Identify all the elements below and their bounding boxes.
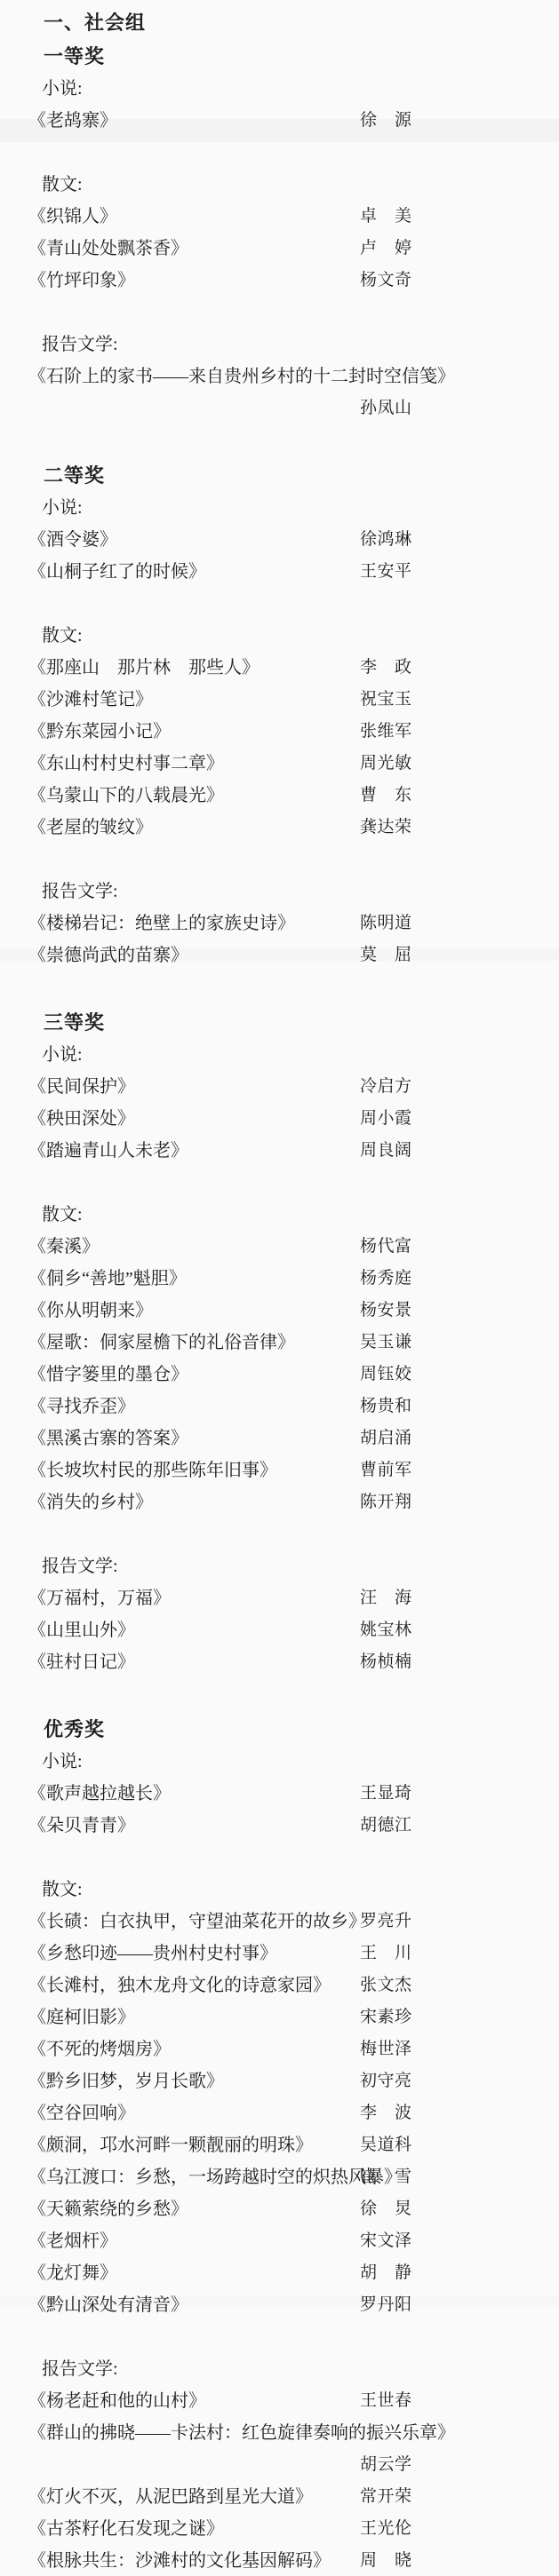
entry-row: 《竹坪印象》杨文奇	[0, 265, 559, 297]
entry-author: 陈明道	[360, 908, 412, 939]
entry-title: 《消失的乡村》	[0, 1493, 153, 1512]
entry-author: 宋素珍	[360, 2001, 412, 2033]
genre-label: 散文:	[0, 620, 559, 652]
entry-author: 卓 美	[360, 201, 412, 233]
genre-group: 报告文学:《万福村，万福》汪 海《山里山外》姚宝林《驻村日记》杨桢楠	[0, 1550, 559, 1678]
entry-row: 《庭柯旧影》宋素珍	[0, 2001, 559, 2033]
entry-row: 《空谷回响》李 波	[0, 2097, 559, 2129]
entry-author: 王 川	[360, 1938, 412, 1970]
entry-author: 杨代富	[360, 1231, 412, 1263]
entry-row: 《山里山外》姚宝林	[0, 1614, 559, 1646]
entry-row: 《山桐子红了的时候》王安平	[0, 556, 559, 588]
award-section: 二等奖小说:《酒令婆》徐鸿琳《山桐子红了的时候》王安平散文:《那座山 那片林 那…	[0, 460, 559, 971]
entry-title: 《庭柯旧影》	[0, 2008, 135, 2027]
genre-label: 小说:	[0, 1746, 559, 1778]
entry-author: 王光伦	[360, 2513, 412, 2545]
entry-title: 《长碛：白衣执甲，守望油菜花开的故乡》	[0, 1912, 366, 1931]
entry-title: 《颇洞，邛水河畔一颗靓丽的明珠》	[0, 2136, 313, 2155]
entry-title: 《乌蒙山下的八载晨光》	[0, 786, 224, 805]
entry-author: 胡德江	[360, 1810, 412, 1842]
genre-label: 散文:	[0, 1874, 559, 1906]
entry-title: 《屋歌：侗家屋檐下的礼俗音律》	[0, 1333, 295, 1352]
genre-label: 报告文学:	[0, 2353, 559, 2385]
entry-row: 《秦溪》杨代富	[0, 1231, 559, 1263]
entry-row: 《你从明朝来》杨安景	[0, 1295, 559, 1327]
entry-title: 《黔山深处有清音》	[0, 2295, 188, 2315]
entry-author: 杨文奇	[360, 265, 412, 297]
genre-label: 小说:	[0, 73, 559, 105]
entry-row: 《乌蒙山下的八载晨光》曹 东	[0, 780, 559, 812]
entry-title: 《寻找乔歪》	[0, 1397, 135, 1416]
award-heading: 三等奖	[0, 1007, 559, 1039]
entry-author: 徐 源	[360, 105, 412, 137]
entry-row: 《长滩村，独木龙舟文化的诗意家园》张文杰	[0, 1970, 559, 2001]
entry-author: 孙凤山	[360, 392, 412, 424]
entry-title: 《长滩村，独木龙舟文化的诗意家园》	[0, 1976, 331, 1995]
entry-row: 《东山村村史村事二章》周光敏	[0, 748, 559, 780]
entry-author: 常开荣	[360, 2481, 412, 2513]
entry-author: 卢 婷	[360, 233, 412, 265]
genre-group: 报告文学:《石阶上的家书——来自贵州乡村的十二封时空信笺》孙凤山	[0, 329, 559, 424]
entry-row: 《驻村日记》杨桢楠	[0, 1646, 559, 1678]
award-heading: 一等奖	[0, 41, 559, 73]
genre-group: 小说:《歌声越拉越长》王显琦《朵贝青青》胡德江	[0, 1746, 559, 1842]
entry-row: 《黔乡旧梦，岁月长歌》初守亮	[0, 2065, 559, 2097]
entry-author: 王显琦	[360, 1778, 412, 1810]
entry-author: 姚宝林	[360, 1614, 412, 1646]
entry-title: 《民间保护》	[0, 1077, 135, 1097]
entry-row: 《杨老赶和他的山村》王世春	[0, 2385, 559, 2417]
entry-title: 《那座山 那片林 那些人》	[0, 658, 260, 678]
entry-title: 《山桐子红了的时候》	[0, 562, 206, 582]
entry-author: 杨秀庭	[360, 1263, 412, 1295]
entry-row: 《万福村，万福》汪 海	[0, 1582, 559, 1614]
entry-title: 《石阶上的家书——来自贵州乡村的十二封时空信笺》	[0, 367, 455, 386]
entry-title: 《空谷回响》	[0, 2104, 135, 2123]
entry-title: 《黔东菜园小记》	[0, 722, 171, 741]
entry-title: 《驻村日记》	[0, 1653, 135, 1672]
entry-row: 《天籁萦绕的乡愁》徐 炅	[0, 2193, 559, 2225]
entry-author: 初守亮	[360, 2065, 412, 2097]
genre-group: 小说:《老鸪寨》徐 源	[0, 73, 559, 137]
entry-title: 《根脉共生：沙滩村的文化基因解码》	[0, 2551, 331, 2571]
entry-author: 杨贵和	[360, 1391, 412, 1423]
entry-author: 曹前军	[360, 1454, 412, 1486]
entry-author: 李 政	[360, 652, 412, 684]
genre-group: 报告文学:《楼梯岩记：绝壁上的家族史诗》陈明道《崇德尚武的苗寨》莫 屈	[0, 876, 559, 971]
entry-author: 杨桢楠	[360, 1646, 412, 1678]
entry-title: 《龙灯舞》	[0, 2263, 117, 2283]
entry-author-row: 胡云学	[0, 2449, 559, 2481]
entry-author: 祝宝玉	[360, 684, 412, 716]
entry-title: 《乌江渡口：乡愁，一场跨越时空的炽热风暴》	[0, 2168, 402, 2187]
entry-row: 《民间保护》冷启方	[0, 1071, 559, 1103]
entry-author: 王安平	[360, 556, 412, 588]
entry-title: 《朵贝青青》	[0, 1816, 135, 1835]
entry-title: 《杨老赶和他的山村》	[0, 2391, 206, 2411]
entry-title: 《楼梯岩记：绝壁上的家族史诗》	[0, 914, 295, 933]
entry-row: 《黑溪古寨的答案》胡启涌	[0, 1423, 559, 1454]
entry-author: 徐 炅	[360, 2193, 412, 2225]
entry-author: 张维军	[360, 716, 412, 748]
award-sections: 一等奖小说:《老鸪寨》徐 源散文:《织锦人》卓 美《青山处处飘茶香》卢 婷《竹坪…	[0, 41, 559, 2576]
entry-row: 《龙灯舞》胡 静	[0, 2257, 559, 2289]
entry-title: 《崇德尚武的苗寨》	[0, 946, 188, 965]
entry-row: 《秧田深处》周小霞	[0, 1103, 559, 1135]
entry-author: 胡 静	[360, 2257, 412, 2289]
entry-row: 《寻找乔歪》杨贵和	[0, 1391, 559, 1423]
genre-group: 报告文学:《杨老赶和他的山村》王世春《群山的拂晓——卡法村：红色旋律奏响的振兴乐…	[0, 2353, 559, 2576]
entry-author: 冷启方	[360, 1071, 412, 1103]
entry-title: 《乡愁印迹——贵州村史村事》	[0, 1944, 277, 1963]
entry-row: 《沙滩村笔记》祝宝玉	[0, 684, 559, 716]
entry-author: 徐鸿琳	[360, 524, 412, 556]
entry-author: 周 晓	[360, 2545, 412, 2576]
entry-author: 曹 东	[360, 780, 412, 812]
entry-author: 罗亮升	[360, 1906, 412, 1938]
entry-row: 《颇洞，邛水河畔一颗靓丽的明珠》吴道科	[0, 2129, 559, 2161]
entry-title: 《侗乡“善地”魁胆》	[0, 1269, 187, 1288]
entry-author: 王世春	[360, 2385, 412, 2417]
entry-title: 《踏遍青山人未老》	[0, 1141, 188, 1161]
award-section: 三等奖小说:《民间保护》冷启方《秧田深处》周小霞《踏遍青山人未老》周良阔散文:《…	[0, 1007, 559, 1678]
entry-title: 《古茶籽化石发现之谜》	[0, 2519, 224, 2539]
entry-row: 《古茶籽化石发现之谜》王光伦	[0, 2513, 559, 2545]
award-section: 一等奖小说:《老鸪寨》徐 源散文:《织锦人》卓 美《青山处处飘茶香》卢 婷《竹坪…	[0, 41, 559, 424]
entry-author: 周良阔	[360, 1135, 412, 1167]
entry-title: 《秦溪》	[0, 1237, 100, 1256]
entry-row: 《踏遍青山人未老》周良阔	[0, 1135, 559, 1167]
entry-row: 《不死的烤烟房》梅世泽	[0, 2033, 559, 2065]
genre-label: 小说:	[0, 492, 559, 524]
entry-row: 《崇德尚武的苗寨》莫 屈	[0, 939, 559, 971]
entry-author-row: 孙凤山	[0, 392, 559, 424]
entry-row: 《石阶上的家书——来自贵州乡村的十二封时空信笺》	[0, 361, 559, 392]
entry-row: 《消失的乡村》陈开翔	[0, 1486, 559, 1518]
entry-title: 《竹坪印象》	[0, 271, 135, 290]
entry-author: 宋文泽	[360, 2225, 412, 2257]
entry-row: 《酒令婆》徐鸿琳	[0, 524, 559, 556]
entry-title: 《惜字篓里的墨仓》	[0, 1365, 188, 1384]
entry-author: 李 波	[360, 2097, 412, 2129]
entry-row: 《老屋的皱纹》龚达荣	[0, 812, 559, 844]
entry-row: 《屋歌：侗家屋檐下的礼俗音律》吴玉谦	[0, 1327, 559, 1359]
entry-row: 《老烟杆》宋文泽	[0, 2225, 559, 2257]
entry-row: 《黔山深处有清音》罗丹阳	[0, 2289, 559, 2321]
entry-title: 《黔乡旧梦，岁月长歌》	[0, 2072, 224, 2091]
entry-author: 胡启涌	[360, 1423, 412, 1454]
entry-author: 胡云学	[360, 2449, 412, 2481]
entry-title: 《织锦人》	[0, 207, 117, 226]
genre-group: 散文:《织锦人》卓 美《青山处处飘茶香》卢 婷《竹坪印象》杨文奇	[0, 169, 559, 297]
genre-label: 小说:	[0, 1039, 559, 1071]
genre-group: 小说:《民间保护》冷启方《秧田深处》周小霞《踏遍青山人未老》周良阔	[0, 1039, 559, 1167]
entry-row: 《乌江渡口：乡愁，一场跨越时空的炽热风暴》崔 雪	[0, 2161, 559, 2193]
entry-author: 龚达荣	[360, 812, 412, 844]
entry-title: 《山里山外》	[0, 1621, 135, 1640]
entry-row: 《乡愁印迹——贵州村史村事》王 川	[0, 1938, 559, 1970]
entry-title: 《秧田深处》	[0, 1109, 135, 1129]
award-heading: 二等奖	[0, 460, 559, 492]
entry-row: 《惜字篓里的墨仓》周钰姣	[0, 1359, 559, 1391]
entry-row: 《楼梯岩记：绝壁上的家族史诗》陈明道	[0, 908, 559, 939]
entry-row: 《群山的拂晓——卡法村：红色旋律奏响的振兴乐章》	[0, 2417, 559, 2449]
entry-title: 《老烟杆》	[0, 2231, 117, 2251]
entry-title: 《东山村村史村事二章》	[0, 754, 224, 773]
entry-title: 《沙滩村笔记》	[0, 690, 153, 709]
entry-row: 《侗乡“善地”魁胆》杨秀庭	[0, 1263, 559, 1295]
entry-row: 《老鸪寨》徐 源	[0, 105, 559, 137]
entry-author: 张文杰	[360, 1970, 412, 2001]
entry-row: 《歌声越拉越长》王显琦	[0, 1778, 559, 1810]
entry-title: 《群山的拂晓——卡法村：红色旋律奏响的振兴乐章》	[0, 2423, 455, 2443]
entry-title: 《歌声越拉越长》	[0, 1784, 171, 1803]
genre-label: 报告文学:	[0, 329, 559, 361]
award-heading: 优秀奖	[0, 1714, 559, 1746]
entry-author: 周光敏	[360, 748, 412, 780]
entry-title: 《青山处处飘茶香》	[0, 239, 188, 258]
entry-author: 吴道科	[360, 2129, 412, 2161]
entry-title: 《酒令婆》	[0, 530, 117, 550]
entry-title: 《老屋的皱纹》	[0, 818, 153, 837]
entry-title: 《你从明朝来》	[0, 1301, 153, 1320]
entry-author: 梅世泽	[360, 2033, 412, 2065]
entry-author: 汪 海	[360, 1582, 412, 1614]
entry-author: 杨安景	[360, 1295, 412, 1327]
entry-author: 周钰姣	[360, 1359, 412, 1391]
genre-label: 散文:	[0, 1199, 559, 1231]
entry-row: 《织锦人》卓 美	[0, 201, 559, 233]
entry-row: 《青山处处飘茶香》卢 婷	[0, 233, 559, 265]
entry-row: 《黔东菜园小记》张维军	[0, 716, 559, 748]
entry-row: 《长碛：白衣执甲，守望油菜花开的故乡》罗亮升	[0, 1906, 559, 1938]
genre-label: 散文:	[0, 169, 559, 201]
entry-row: 《长坡坎村民的那些陈年旧事》曹前军	[0, 1454, 559, 1486]
group-title: 一、社会组	[0, 7, 559, 39]
entry-author: 莫 屈	[360, 939, 412, 971]
entry-title: 《长坡坎村民的那些陈年旧事》	[0, 1461, 277, 1480]
entry-author: 陈开翔	[360, 1486, 412, 1518]
genre-group: 散文:《秦溪》杨代富《侗乡“善地”魁胆》杨秀庭《你从明朝来》杨安景《屋歌：侗家屋…	[0, 1199, 559, 1518]
entry-row: 《根脉共生：沙滩村的文化基因解码》周 晓	[0, 2545, 559, 2576]
entry-row: 《那座山 那片林 那些人》李 政	[0, 652, 559, 684]
entry-title: 《黑溪古寨的答案》	[0, 1429, 188, 1448]
entry-title: 《不死的烤烟房》	[0, 2040, 171, 2059]
entry-author: 吴玉谦	[360, 1327, 412, 1359]
entry-title: 《灯火不灭，从泥巴路到星光大道》	[0, 2487, 313, 2507]
entry-title: 《老鸪寨》	[0, 111, 117, 131]
entry-author: 罗丹阳	[360, 2289, 412, 2321]
entry-row: 《灯火不灭，从泥巴路到星光大道》常开荣	[0, 2481, 559, 2513]
entry-title: 《万福村，万福》	[0, 1589, 171, 1608]
genre-label: 报告文学:	[0, 876, 559, 908]
genre-group: 小说:《酒令婆》徐鸿琳《山桐子红了的时候》王安平	[0, 492, 559, 588]
award-section: 优秀奖小说:《歌声越拉越长》王显琦《朵贝青青》胡德江散文:《长碛：白衣执甲，守望…	[0, 1714, 559, 2576]
genre-label: 报告文学:	[0, 1550, 559, 1582]
entry-author: 周小霞	[360, 1103, 412, 1135]
entry-title: 《天籁萦绕的乡愁》	[0, 2200, 188, 2219]
document: 一、社会组 一等奖小说:《老鸪寨》徐 源散文:《织锦人》卓 美《青山处处飘茶香》…	[0, 0, 559, 2576]
genre-group: 散文:《长碛：白衣执甲，守望油菜花开的故乡》罗亮升《乡愁印迹——贵州村史村事》王…	[0, 1874, 559, 2321]
entry-author: 崔 雪	[360, 2161, 412, 2193]
entry-row: 《朵贝青青》胡德江	[0, 1810, 559, 1842]
genre-group: 散文:《那座山 那片林 那些人》李 政《沙滩村笔记》祝宝玉《黔东菜园小记》张维军…	[0, 620, 559, 844]
